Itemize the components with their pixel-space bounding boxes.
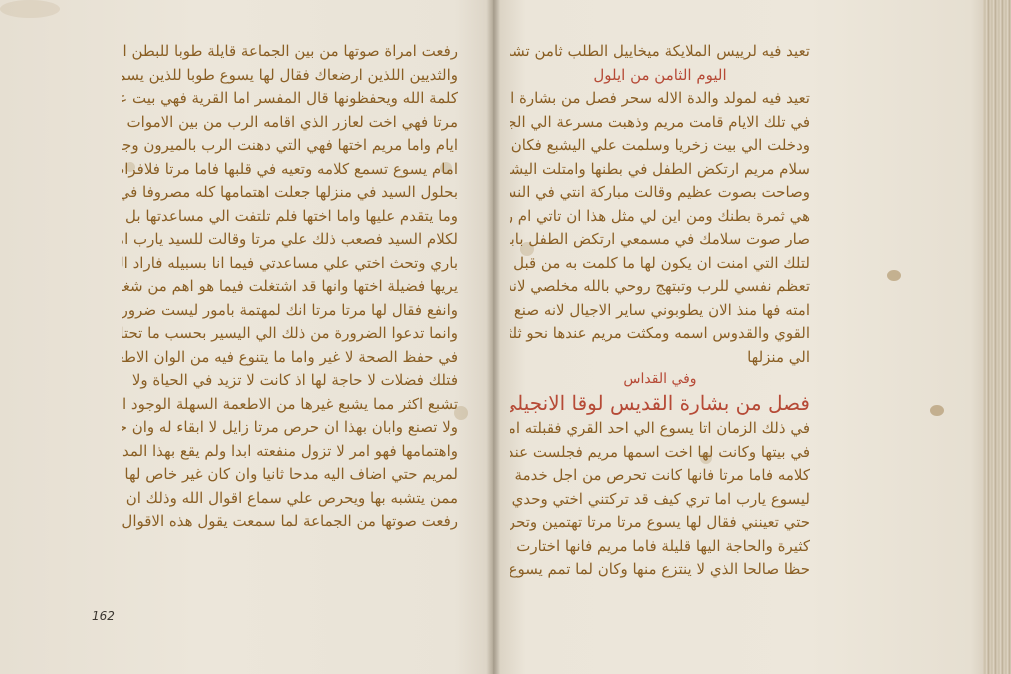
text-line: كلمة الله ويحفظونها قال المفسر اما القري…: [122, 87, 458, 111]
text-line: لتلك التي امنت ان يكون لها ما كلمت به من…: [510, 252, 810, 276]
folio-number: 162: [92, 609, 115, 623]
text-line: الي منزلها: [510, 346, 810, 370]
text-line: في تلك الايام قامت مريم وذهبت مسرعة الي …: [510, 111, 810, 135]
text-line: وانما تدعوا الضرورة من ذلك الي اليسير بح…: [122, 322, 458, 346]
text-line: وما يتقدم عليها واما اختها فلم تلتفت الي…: [122, 205, 458, 229]
text-line: تشبع اكثر مما يشبع غيرها من الاطعمة السه…: [122, 393, 458, 417]
rubric-heading: فصل من بشارة القديس لوقا الانجيلي: [510, 389, 810, 417]
text-line: يريها فضيلة اختها وانها قد اشتغلت فيما ه…: [122, 275, 458, 299]
text-line: والثديين اللذين ارضعاك فقال لها يسوع طوب…: [122, 64, 458, 88]
text-line: ممن يتشبه بها ويحرص علي سماع اقوال الله …: [122, 487, 458, 511]
text-line: وصاحت بصوت عظيم وقالت مباركة انتي في الن…: [510, 181, 810, 205]
text-line: تعظم نفسي للرب وتبتهج روحي بالله مخلصي ل…: [510, 275, 810, 299]
text-line: مرتا فهي اخت لعازر الذي اقامه الرب من بي…: [122, 111, 458, 135]
text-line: واهتمامها فهو امر لا تزول منفعته ابدا ول…: [122, 440, 458, 464]
text-line: رفعت امراة صوتها من بين الجماعة قايلة طو…: [122, 40, 458, 64]
text-line: حظا صالحا الذي لا ينتزع منها وكان لما تم…: [510, 558, 810, 582]
text-line: تعيد فيه لرييس الملايكة ميخاييل الطلب ثا…: [510, 40, 810, 64]
text-line: فتلك فضلات لا حاجة لها اذ كانت لا تزيد ف…: [122, 369, 458, 393]
page-edges: [983, 0, 1011, 674]
text-line: امته فها منذ الان يطوبوني ساير الاجيال ل…: [510, 299, 810, 323]
text-line: كلامه فاما مرتا فانها كانت تحرص من اجل خ…: [510, 464, 810, 488]
manuscript-spread: رفعت امراة صوتها من بين الجماعة قايلة طو…: [0, 0, 1011, 674]
text-line: لمريم حتي اضاف اليه مدحا ثانيا وان كان غ…: [122, 463, 458, 487]
text-line: ليسوع يارب اما تري كيف قد تركتني اختي وح…: [510, 488, 810, 512]
right-page: تعيد فيه لرييس الملايكة ميخاييل الطلب ثا…: [498, 0, 988, 674]
text-line: باري وتحث اختي علي مساعدتي فيما انا بسبي…: [122, 252, 458, 276]
text-line: رفعت صوتها من الجماعة لما سمعت يقول هذه …: [122, 510, 458, 534]
text-line: وانفع فقال لها مرتا مرتا انك لمهتمة بامو…: [122, 299, 458, 323]
text-line: ايام واما مريم اختها فهي التي دهنت الرب …: [122, 134, 458, 158]
rubric-heading: اليوم الثامن من ايلول: [510, 64, 810, 88]
text-line: هي ثمرة بطنك ومن اين لي مثل هذا ان تاتي …: [510, 205, 810, 229]
text-line: في حفظ الصحة لا غير واما ما يتنوع فيه من…: [122, 346, 458, 370]
text-line: بحلول السيد في منزلها جعلت اهتمامها كله …: [122, 181, 458, 205]
text-line: سلام مريم ارتكض الطفل في بطنها وامتلت ال…: [510, 158, 810, 182]
text-line: لكلام السيد فصعب ذلك علي مرتا وقالت للسي…: [122, 228, 458, 252]
text-line: في ذلك الزمان اتا يسوع الي احد القري فقب…: [510, 417, 810, 441]
text-line: كثيرة والحاجة اليها قليلة فاما مريم فانه…: [510, 535, 810, 559]
text-line: صار صوت سلامك في مسمعي ارتكض الطفل بابته…: [510, 228, 810, 252]
text-line: ودخلت الي بيت زخريا وسلمت علي اليشبع فكا…: [510, 134, 810, 158]
right-text-block: تعيد فيه لرييس الملايكة ميخاييل الطلب ثا…: [510, 40, 810, 582]
text-line: في بيتها وكانت لها اخت اسمها مريم فجلست …: [510, 441, 810, 465]
text-line: حتي تعينني فقال لها يسوع مرتا مرتا تهتمي…: [510, 511, 810, 535]
text-line: ولا تصنع وابان بهذا ان حرص مرتا زايل لا …: [122, 416, 458, 440]
left-page: رفعت امراة صوتها من بين الجماعة قايلة طو…: [0, 0, 488, 674]
text-line: القوي والقدوس اسمه ومكثت مريم عندها نحو …: [510, 322, 810, 346]
text-line: تعيد فيه لمولد والدة الاله سحر فصل من بش…: [510, 87, 810, 111]
left-text-block: رفعت امراة صوتها من بين الجماعة قايلة طو…: [122, 40, 458, 534]
rubric-subheading: وفي القداس: [510, 369, 810, 389]
text-line: امام يسوع تسمع كلامه وتعيه في قلبها فاما…: [122, 158, 458, 182]
